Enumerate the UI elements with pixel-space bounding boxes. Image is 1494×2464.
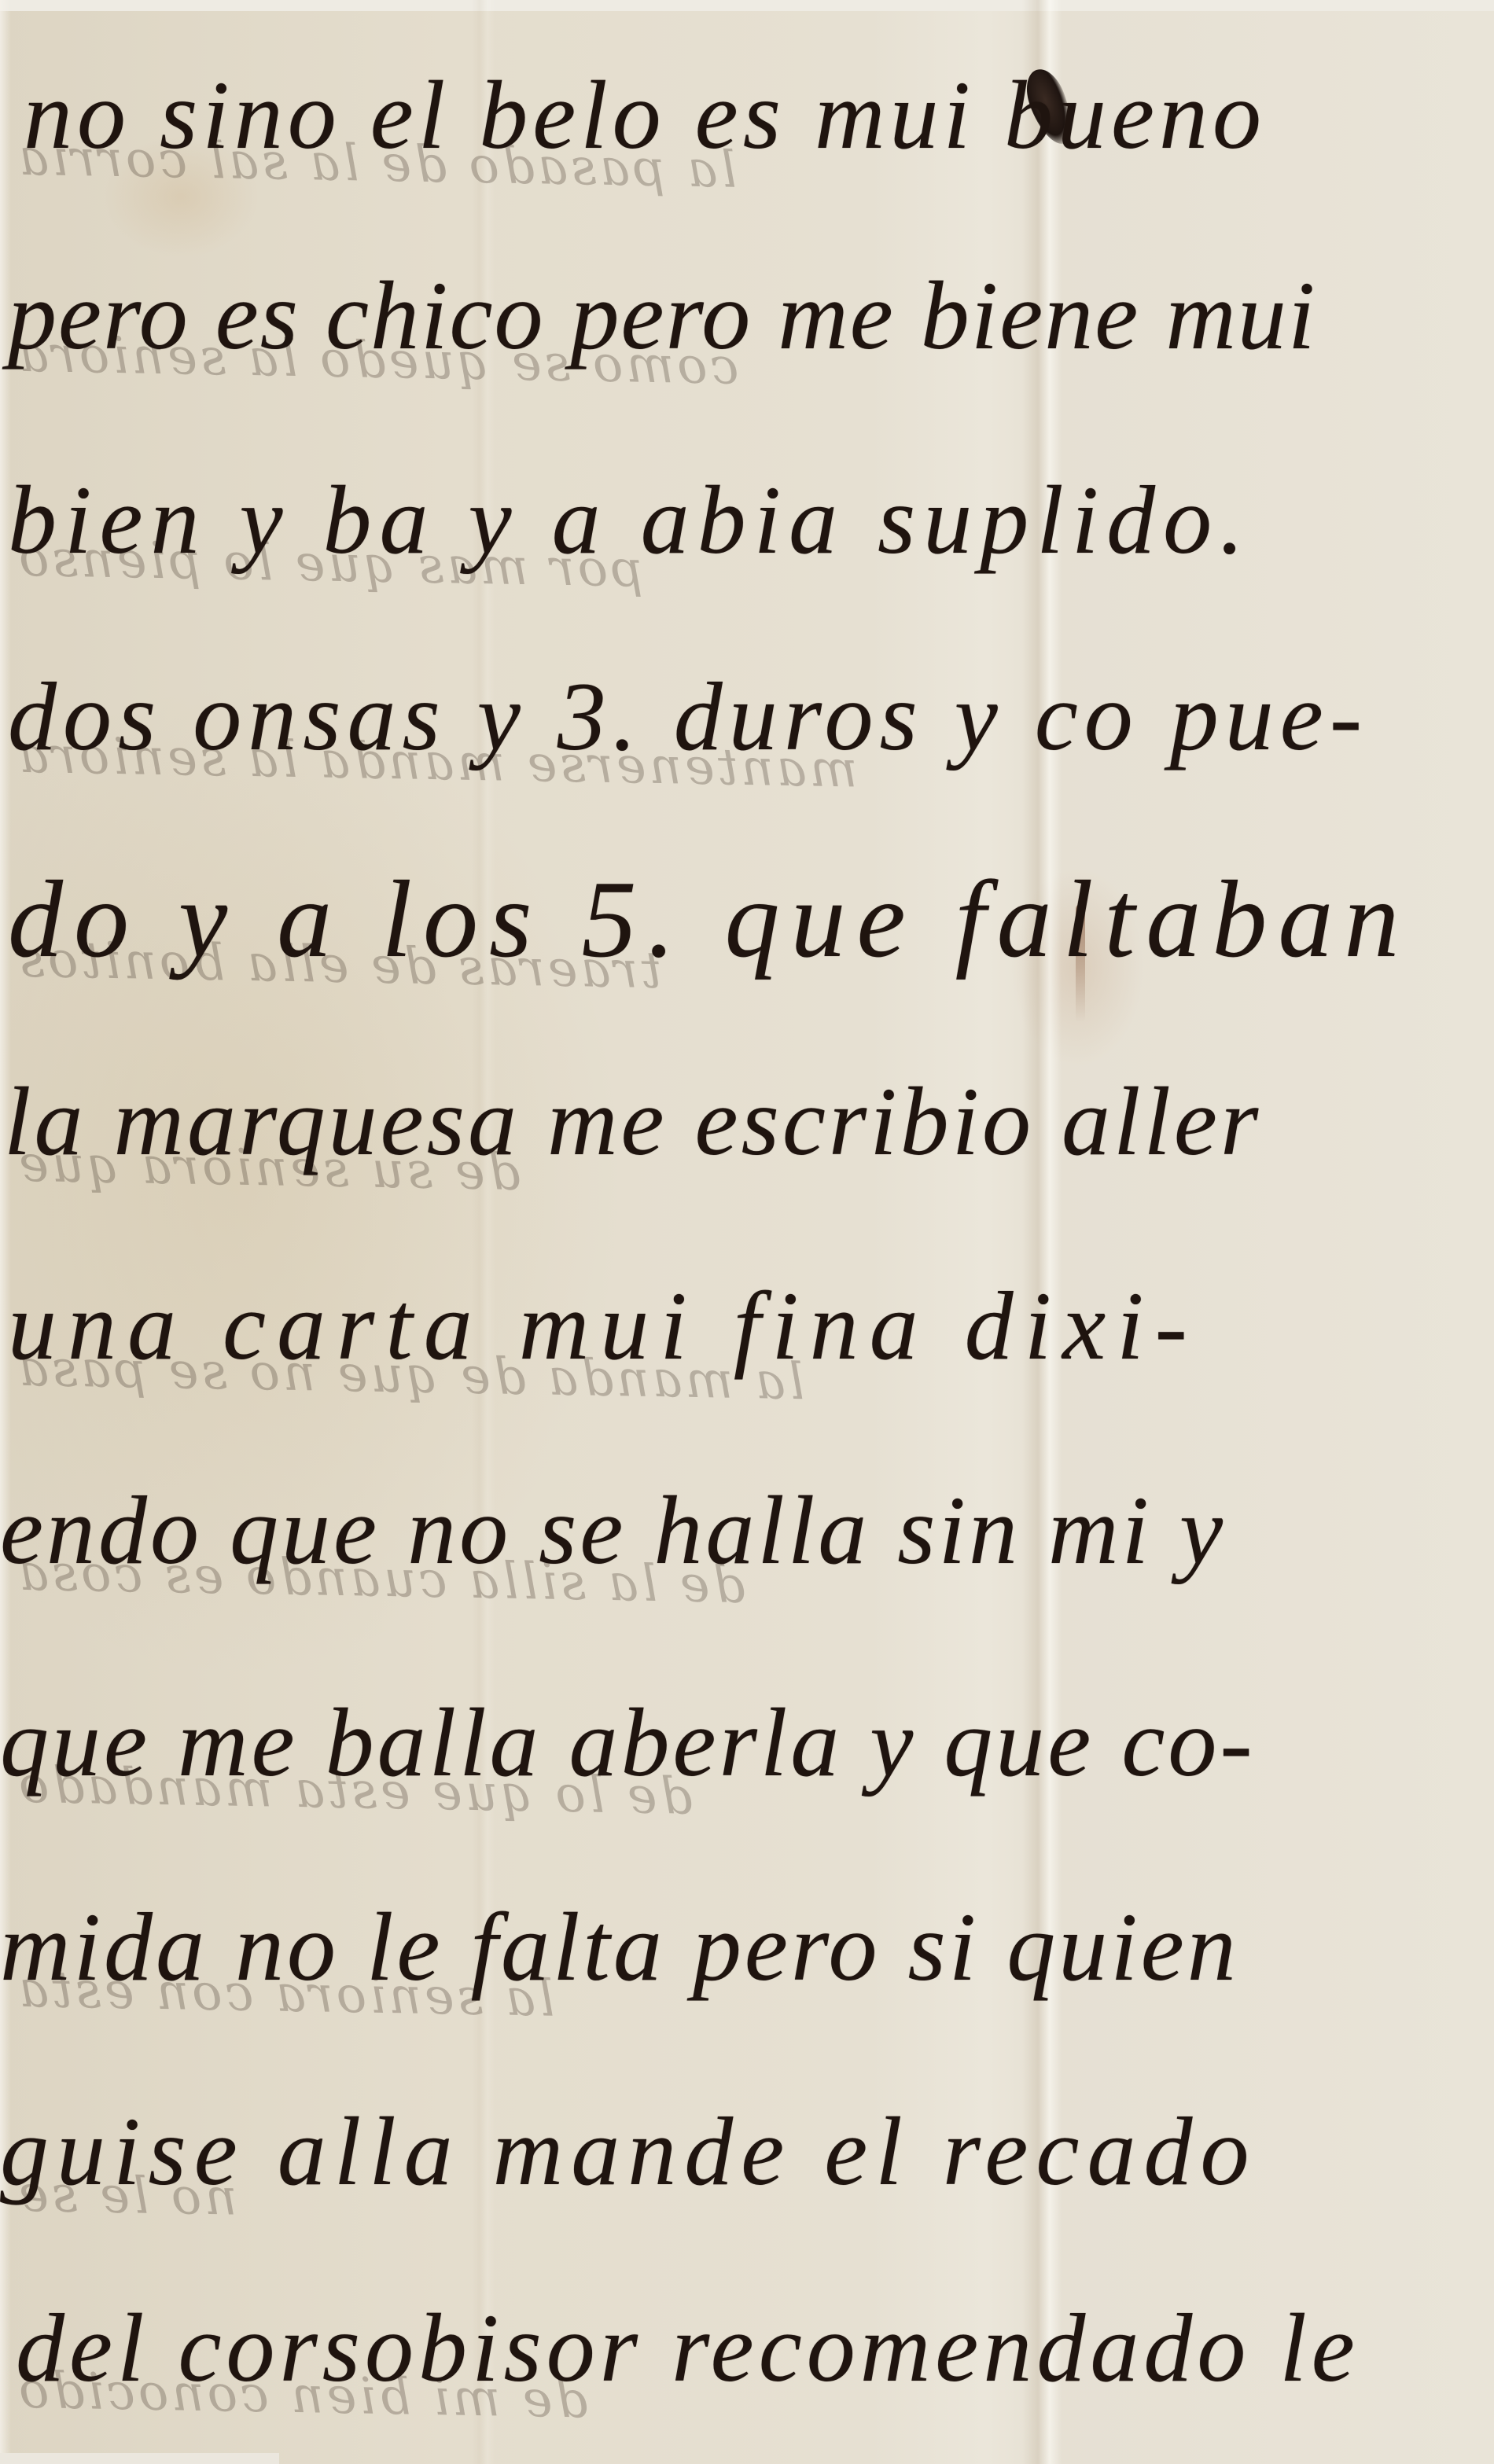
handwritten-text: endo que no se halla sin mi y <box>0 1482 1226 1580</box>
manuscript-page: la pasado de la sal corria no sino el be… <box>0 0 1494 2464</box>
manuscript-line-7: la manda de que no se pasa una carta mui… <box>0 1242 1494 1431</box>
manuscript-line-12: de mi bien conocido del corsobisor recom… <box>0 2264 1494 2453</box>
manuscript-line-4: mantenerse manda la seniora dos onsas y … <box>0 621 1494 810</box>
paper-top-edge <box>0 0 1494 11</box>
manuscript-line-5: traeras de ella bonitos do y a los 5. qu… <box>0 826 1494 1014</box>
handwritten-text: do y a los 5. que faltaban <box>8 865 1410 975</box>
handwritten-text: que me balla aberla y que co- <box>0 1694 1256 1792</box>
manuscript-line-3: por mas que lo pienso bien y ba y a abia… <box>0 425 1494 613</box>
manuscript-line-11: no le se guise alla mande el recado <box>0 2068 1494 2256</box>
manuscript-line-9: de lo que esta mandado que me balla aber… <box>0 1659 1494 1848</box>
paper-bottom-edge <box>0 2453 279 2464</box>
handwritten-text: guise alla mande el recado <box>0 2103 1257 2201</box>
manuscript-line-2: como se quedo la seniora pero es chico p… <box>0 220 1494 409</box>
handwritten-text: bien y ba y a abia suplido. <box>8 472 1252 569</box>
handwritten-text: del corsobisor recomendado le <box>16 2300 1360 2397</box>
manuscript-line-1: la pasado de la sal corria no sino el be… <box>0 24 1494 212</box>
manuscript-line-6: de su seniora que la marquesa me escribi… <box>0 1030 1494 1219</box>
manuscript-line-10: la seniora con esta mida no le falta per… <box>0 1863 1494 2052</box>
handwritten-text: una carta mui fina dixi- <box>8 1278 1198 1375</box>
manuscript-line-8: de la silla cuando es cosa endo que no s… <box>0 1447 1494 1635</box>
handwritten-text: no sino el belo es mui bueno <box>24 67 1266 164</box>
handwritten-text: mida no le falta pero si quien <box>0 1899 1239 1996</box>
handwritten-text: dos onsas y 3. duros y co pue- <box>8 668 1368 766</box>
handwritten-text: la marquesa me escribio aller <box>4 1073 1261 1171</box>
handwritten-text: pero es chico pero me biene mui <box>8 267 1316 365</box>
